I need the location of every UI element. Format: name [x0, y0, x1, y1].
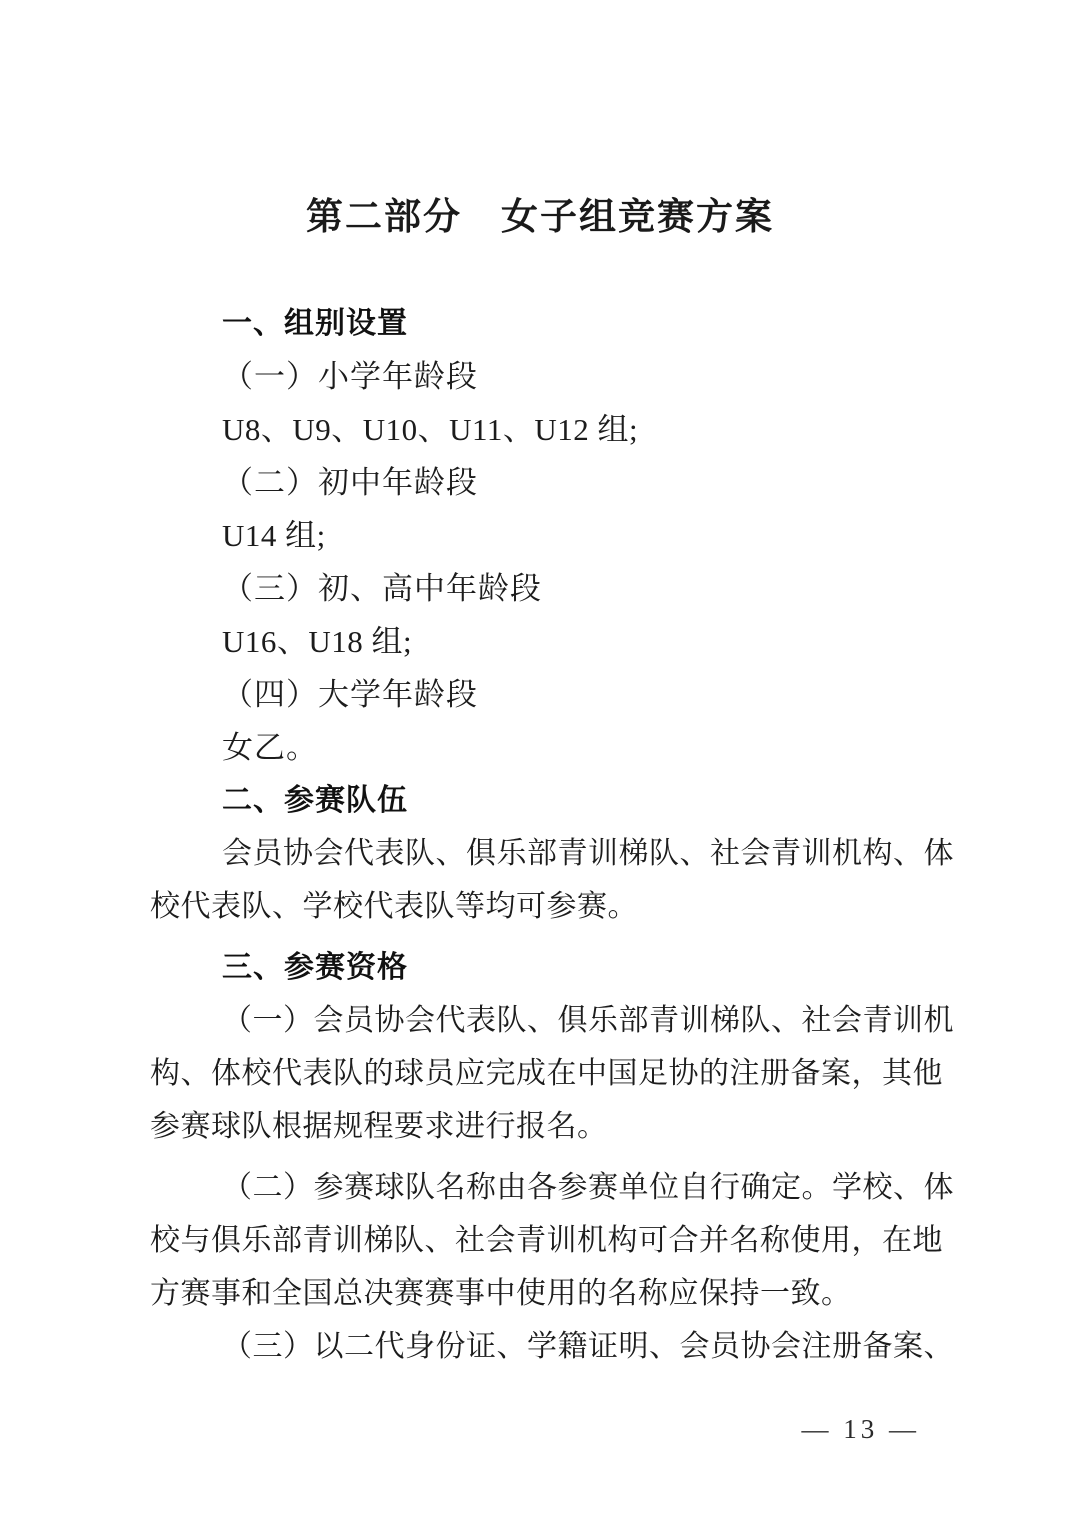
text-line: 参赛球队根据规程要求进行报名。: [150, 1100, 950, 1153]
text-line: 女乙。: [150, 721, 950, 774]
text-line: U16、U18 组;: [150, 615, 950, 668]
text-line: 校代表队、学校代表队等均可参赛。: [150, 880, 950, 933]
text-line: （四）大学年龄段: [150, 668, 950, 721]
text-line: （一）小学年龄段: [150, 350, 950, 403]
text-line: 校与俱乐部青训梯队、社会青训机构可合并名称使用，在地: [150, 1214, 950, 1267]
page-title: 第二部分 女子组竞赛方案: [0, 186, 1080, 240]
text-line: 方赛事和全国总决赛赛事中使用的名称应保持一致。: [150, 1267, 950, 1320]
page-number: — 13 —: [802, 1414, 921, 1445]
text-line: U8、U9、U10、U11、U12 组;: [150, 403, 950, 456]
text-line: （二）初中年龄段: [150, 456, 950, 509]
text-line: 构、体校代表队的球员应完成在中国足协的注册备案，其他: [150, 1047, 950, 1100]
text-line: 三、参赛资格: [150, 941, 950, 994]
text-line: （二）参赛球队名称由各参赛单位自行确定。学校、体: [150, 1161, 950, 1214]
text-line: （一）会员协会代表队、俱乐部青训梯队、社会青训机: [150, 994, 950, 1047]
text-line: 会员协会代表队、俱乐部青训梯队、社会青训机构、体: [150, 827, 950, 880]
document-lines: 一、组别设置（一）小学年龄段U8、U9、U10、U11、U12 组;（二）初中年…: [150, 297, 950, 1373]
text-line: （三）初、高中年龄段: [150, 562, 950, 615]
text-line: U14 组;: [150, 509, 950, 562]
text-line: 一、组别设置: [150, 297, 950, 350]
document-page: 第二部分 女子组竞赛方案 一、组别设置（一）小学年龄段U8、U9、U10、U11…: [0, 0, 1080, 1527]
text-line: 二、参赛队伍: [150, 774, 950, 827]
text-line: （三）以二代身份证、学籍证明、会员协会注册备案、: [150, 1320, 950, 1373]
